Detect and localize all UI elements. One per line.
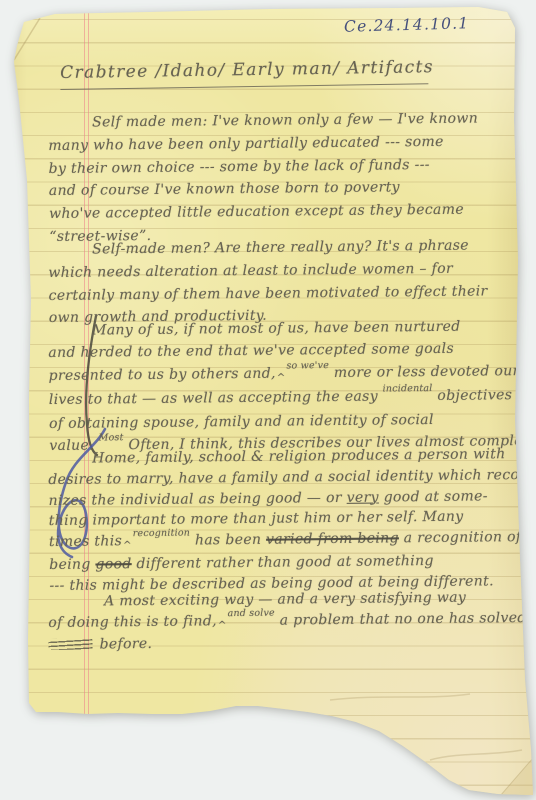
struck-text: good (95, 556, 131, 572)
line-text: a recognition of (399, 529, 522, 546)
paragraph-5: A most exciting way — and a very satisfy… (48, 587, 521, 655)
line-text: times this (49, 533, 122, 550)
paragraph-1: Self made men: I've known only a few — I… (48, 107, 521, 249)
line-text: nizes the individual as being good — or (48, 489, 346, 508)
caret-mark: ^ (218, 616, 227, 637)
paragraph-4: Home, family, school & religion produces… (48, 444, 522, 597)
underlined-word: very (347, 489, 379, 505)
inserted-text: and solve (227, 603, 275, 624)
scanned-document-page: Ce.24.14.10.1 Crabtree /Idaho/ Early man… (0, 0, 536, 800)
line-text: a problem that no one has solved (275, 609, 527, 628)
line-text: has been (190, 532, 266, 549)
inserted-text: Most (99, 428, 124, 451)
line-text: of doing this is to find, (48, 613, 217, 631)
line-text: before. (99, 636, 152, 653)
paper-sheet: Ce.24.14.10.1 Crabtree /Idaho/ Early man… (0, 0, 536, 800)
scribbled-out-word (48, 639, 92, 650)
line-text: good at some- (379, 488, 488, 505)
line-text: being (49, 556, 95, 572)
caret-mark: ^ (277, 367, 286, 389)
paragraph-3: Many of us, if not most of us, have been… (48, 315, 521, 460)
inserted-text: recognition (133, 524, 191, 545)
struck-text: varied from being (266, 531, 399, 548)
line-text: objectives (432, 387, 512, 404)
document-title: Crabtree /Idaho/ Early man/ Artifacts (60, 57, 428, 90)
caret-mark: ^ (123, 536, 132, 557)
line-text: lives to that — as well as accepting the… (49, 388, 383, 407)
inserted-text: so we've (286, 355, 329, 378)
line-text: different rather than good at something (132, 553, 434, 572)
line-text: presented to us by others and, (48, 365, 275, 383)
accession-number: Ce.24.14.10.1 (344, 14, 470, 35)
document-title-text: Crabtree /Idaho/ Early man/ Artifacts (60, 57, 428, 90)
inserted-text: incidental (383, 378, 433, 401)
paper-shadow-wrap: Ce.24.14.10.1 Crabtree /Idaho/ Early man… (0, 0, 536, 800)
